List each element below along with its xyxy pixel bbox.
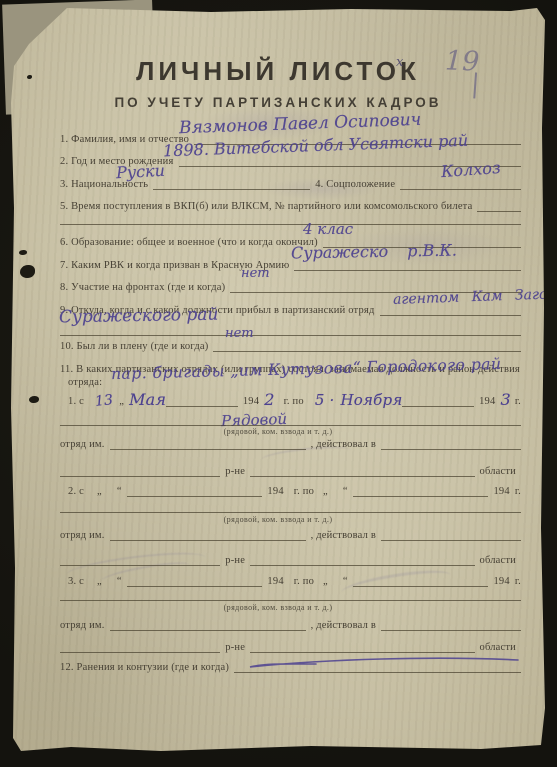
entry-3-q2: “ — [117, 576, 127, 587]
entry-4-otryad-line — [110, 618, 306, 631]
document-subtitle: ПО УЧЕТУ ПАРТИЗАНСКИХ КАДРОВ — [11, 95, 545, 110]
field-12-line — [234, 660, 521, 673]
entry-1-day-hand: 13 — [94, 392, 114, 410]
entry-1-position-line — [60, 425, 521, 426]
entry-3-otryad-row: отряд им., действовал в — [60, 527, 521, 541]
entry-1-line-b — [402, 394, 474, 407]
entry-1-year2-printed: 194 — [474, 396, 500, 407]
field-8-handwritten-value: нет — [241, 266, 270, 281]
entry-3-q4: “ — [343, 576, 353, 587]
field-9-handwritten-value-2: Суражеского рай — [59, 305, 219, 328]
entry-1-date-row: 1. с 13 „ Мая 194 2 г. по 5 · Ноября 194… — [68, 393, 521, 407]
otryad-name-label: отряд им. — [60, 439, 110, 450]
entry-2-q4: “ — [343, 486, 353, 497]
entry-2-acted-line — [381, 437, 521, 450]
field-5-line — [477, 199, 521, 212]
entry-2-q2: “ — [117, 486, 127, 497]
otryad-acted-label-4: , действовал в — [306, 620, 381, 631]
entry-1-month2-hand: Ноября — [341, 391, 403, 409]
field-6-handwritten-value: 4 клас — [303, 220, 353, 238]
entry-1-prefix: 1. с — [68, 396, 89, 407]
entry-4-district-row: р-необласти — [60, 639, 521, 653]
entry-1-year-hand: 2 — [264, 390, 274, 409]
entry-1-year-printed: 194 — [238, 396, 264, 407]
field-5-row: 5. Время поступления в ВКП(б) или ВЛКСМ,… — [60, 198, 521, 212]
entry-2-line-b — [353, 484, 489, 497]
region-label-3: области — [475, 555, 522, 566]
otryad-name-label-4: отряд им. — [60, 620, 110, 631]
entry-3-q1: „ — [97, 576, 107, 587]
paper-hole — [20, 265, 35, 278]
entry-2-caption: (рядовой, ком. взвода и т. д.) — [11, 515, 545, 524]
entry-2-mid: г. по — [289, 486, 319, 497]
form-paper: ЛИЧНЫЙ ЛИСТОК x 19 ПО УЧЕТУ ПАРТИЗАНСКИХ… — [11, 8, 545, 753]
entry-2-year2: 194 — [488, 486, 514, 497]
field-3-handwritten-value: Руски — [116, 161, 166, 183]
entry-2-district-line-b — [250, 464, 474, 477]
entry-2-otryad-row: отряд им., действовал в — [60, 436, 521, 450]
entry-4-acted-line — [381, 618, 521, 631]
entry-1-caption: (рядовой, ком. взвода и т. д.) — [11, 427, 545, 436]
field-7-handwritten-value: Суражеско р.В.К. — [291, 241, 457, 263]
entry-2-position-line — [60, 512, 521, 513]
field-12-row: 12. Ранения и контузии (где и когда) — [60, 659, 521, 673]
otryad-name-label-3: отряд им. — [60, 530, 110, 541]
otryad-acted-label: , действовал в — [306, 439, 381, 450]
field-10-line — [213, 339, 521, 352]
entry-3-acted-line — [381, 528, 521, 541]
entry-1-mid: г. по — [279, 396, 309, 407]
entry-3-suffix: г. — [515, 576, 521, 587]
entry-2-suffix: г. — [515, 486, 521, 497]
field-8-label: 8. Участие на фронтах (где и когда) — [60, 282, 230, 293]
entry-1-day2-hand: 5 · — [315, 391, 335, 409]
field-5-label: 5. Время поступления в ВКП(б) или ВЛКСМ,… — [60, 201, 477, 212]
entry-3-otryad-line — [110, 528, 306, 541]
region-label: области — [475, 466, 522, 477]
entry-2-line-a — [127, 484, 263, 497]
entry-3-date-row: 3. с „ “ 194 г. по „ “ 194 г. — [68, 573, 521, 587]
paper-hole — [19, 250, 27, 255]
entry-3-caption: (рядовой, ком. взвода и т. д.) — [11, 603, 545, 612]
district-label-4: р-не — [220, 642, 250, 653]
handwritten-x-mark: x — [396, 55, 403, 70]
entry-2-q3: „ — [323, 486, 333, 497]
entry-3-mid: г. по — [289, 576, 319, 587]
entry-1-year2-hand: 3 — [500, 390, 510, 409]
entry-2-year: 194 — [262, 486, 288, 497]
field-9-continuation-line — [60, 335, 521, 336]
entry-1-suffix: г. — [515, 396, 521, 407]
entry-3-district-line-a — [60, 553, 220, 566]
entry-3-year2: 194 — [488, 576, 514, 587]
entry-3-year: 194 — [262, 576, 288, 587]
entry-1-quote: „ — [119, 396, 129, 407]
entry-1-month-hand: Мая — [129, 390, 166, 409]
field-10-row: 10. Был ли в плену (где и когда) — [60, 338, 521, 352]
entry-4-district-line-b — [250, 640, 474, 653]
scanned-document: ЛИЧНЫЙ ЛИСТОК x 19 ПО УЧЕТУ ПАРТИЗАНСКИХ… — [0, 0, 557, 767]
otryad-acted-label-3: , действовал в — [306, 530, 381, 541]
field-3-line — [153, 177, 310, 190]
paper-hole — [29, 396, 39, 403]
district-label: р-не — [220, 466, 250, 477]
field-6-label: 6. Образование: общее и военное (что и к… — [60, 237, 323, 248]
entry-3-q3: „ — [323, 576, 333, 587]
entry-3-district-line-b — [250, 553, 474, 566]
entry-3-position-line — [60, 600, 521, 601]
entry-2-q1: „ — [97, 486, 107, 497]
region-label-4: области — [475, 642, 522, 653]
field-10-handwritten-value: нет — [225, 326, 254, 341]
field-5-continuation-line — [60, 224, 521, 225]
entry-3-line-b — [353, 574, 489, 587]
entry-3-prefix: 3. с — [68, 576, 89, 587]
entry-2-otryad-line — [110, 437, 306, 450]
entry-3-line-a — [127, 574, 263, 587]
entry-3-district-row: р-необласти — [60, 552, 521, 566]
entry-4-district-line-a — [60, 640, 220, 653]
handwritten-page-number: 19 — [444, 45, 479, 77]
entry-2-district-line-a — [60, 464, 220, 477]
entry-2-date-row: 2. с „ “ 194 г. по „ “ 194 г. — [68, 483, 521, 497]
district-label-3: р-не — [220, 555, 250, 566]
field-10-label: 10. Был ли в плену (где и когда) — [60, 341, 213, 352]
field-12-label: 12. Ранения и контузии (где и когда) — [60, 662, 234, 673]
entry-4-otryad-row: отряд им., действовал в — [60, 617, 521, 631]
entry-2-prefix: 2. с — [68, 486, 89, 497]
entry-1-line-a — [166, 394, 238, 407]
field-4-label: 4. Соцположение — [310, 179, 400, 190]
entry-2-district-row: р-необласти — [60, 463, 521, 477]
